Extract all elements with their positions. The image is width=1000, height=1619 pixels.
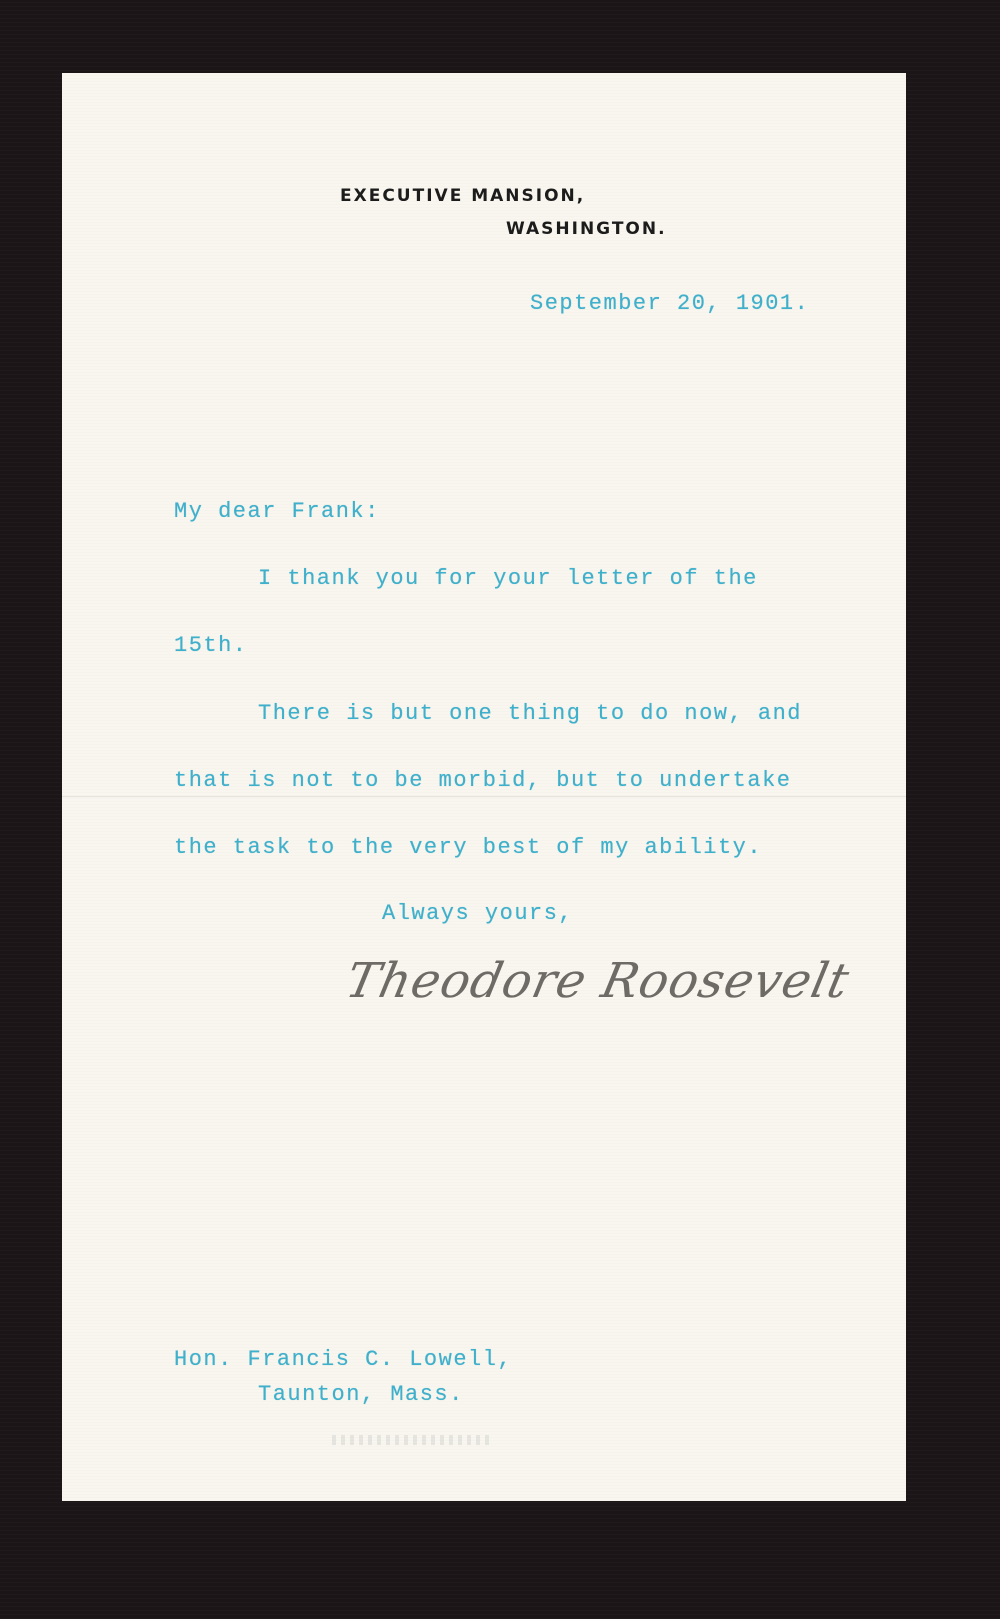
body-paragraph-2-line-3: the task to the very best of my ability.	[174, 835, 762, 860]
recipient-name: Hon. Francis C. Lowell,	[174, 1347, 512, 1372]
letter-paper: EXECUTIVE MANSION, WASHINGTON. September…	[62, 73, 906, 1501]
paper-fold-line	[62, 796, 906, 798]
letter-date: September 20, 1901.	[530, 291, 809, 316]
salutation: My dear Frank:	[174, 499, 380, 524]
body-paragraph-2-line-2: that is not to be morbid, but to underta…	[174, 768, 792, 793]
letterhead-line-1: EXECUTIVE MANSION,	[340, 186, 585, 206]
letterhead-line-2: WASHINGTON.	[506, 219, 667, 239]
recipient-location: Taunton, Mass.	[258, 1382, 464, 1407]
closing: Always yours,	[382, 901, 573, 926]
faint-offset-impression	[332, 1435, 492, 1445]
body-paragraph-1-line-2: 15th.	[174, 633, 248, 658]
body-paragraph-1-line-1: I thank you for your letter of the	[258, 566, 758, 591]
body-paragraph-2-line-1: There is but one thing to do now, and	[258, 701, 802, 726]
handwritten-signature: Theodore Roosevelt	[341, 953, 855, 1009]
